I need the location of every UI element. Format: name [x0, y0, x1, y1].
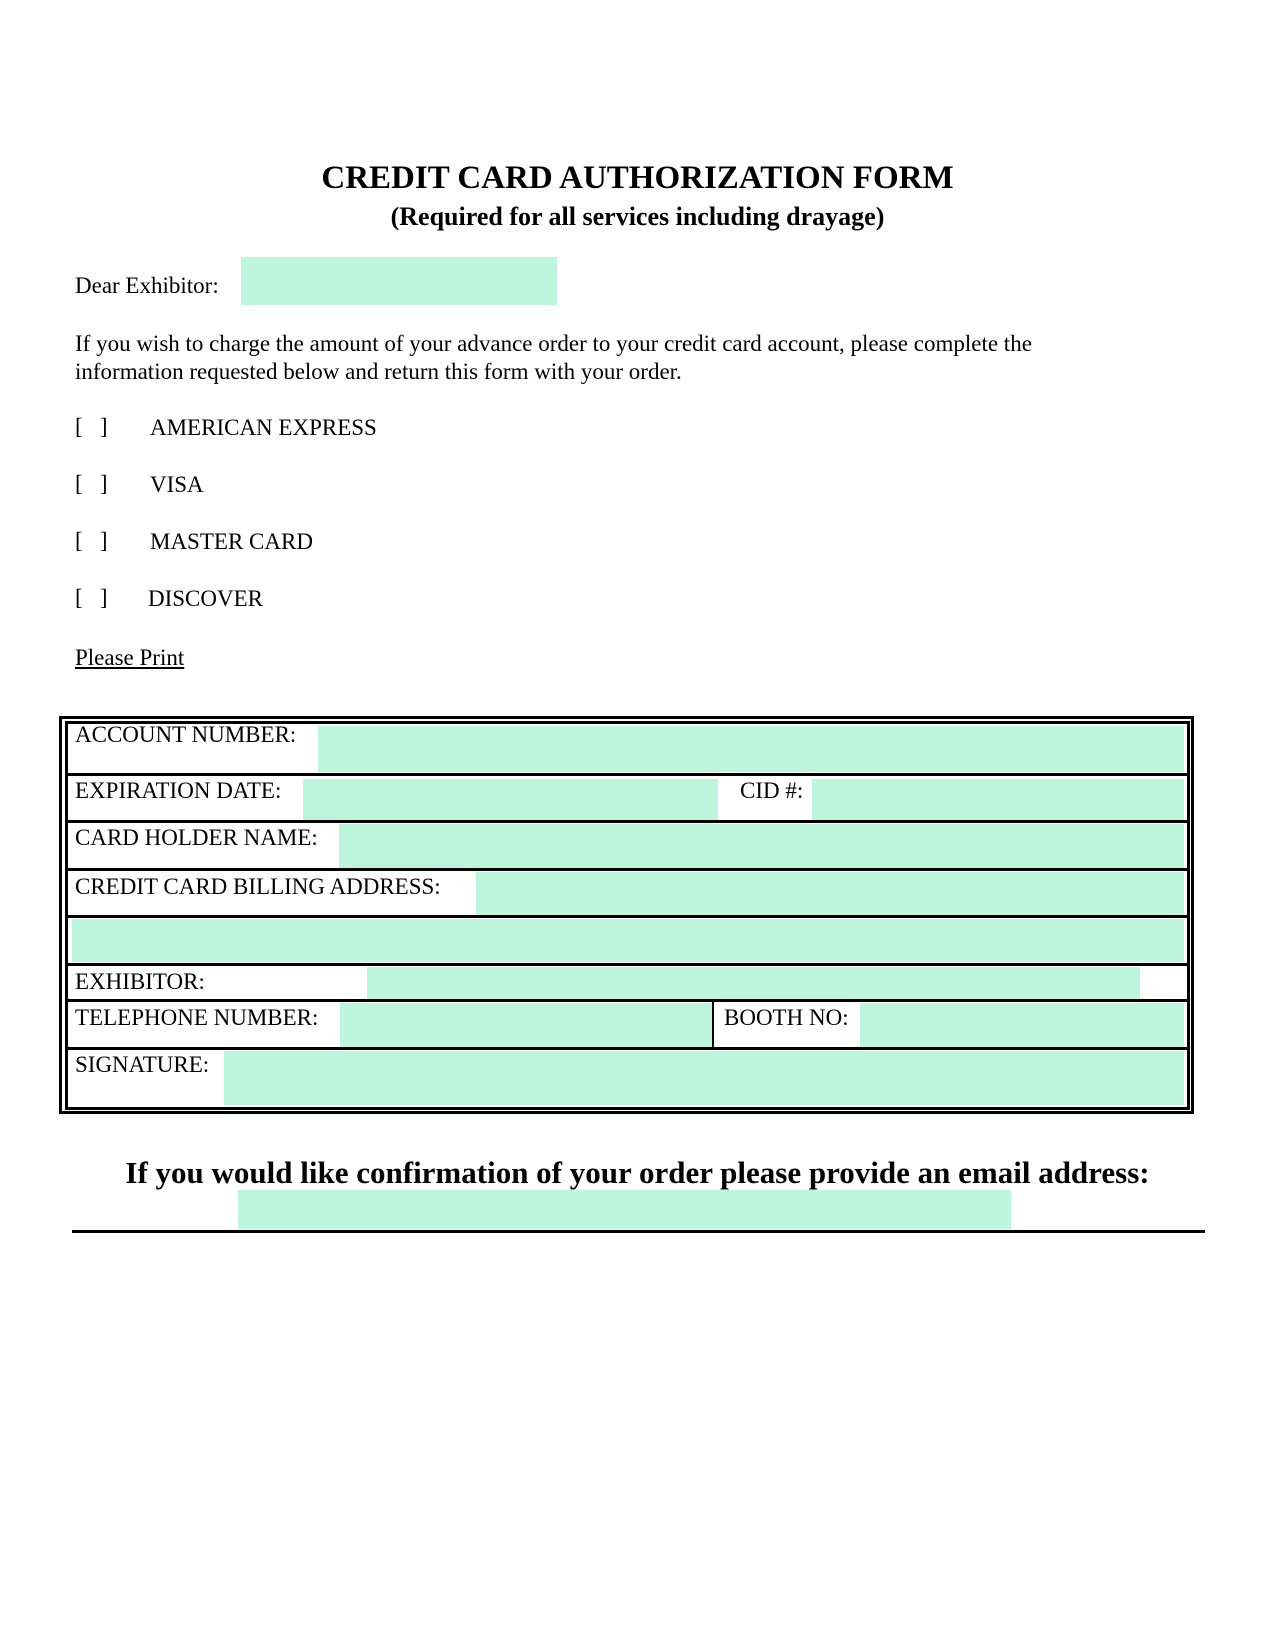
telephone-number-label: TELEPHONE NUMBER:: [75, 1005, 318, 1031]
telephone-number-field[interactable]: [340, 1003, 712, 1047]
card-holder-name-field[interactable]: [339, 824, 1184, 868]
card-option-label: VISA: [150, 471, 204, 499]
card-option-label: DISCOVER: [148, 585, 263, 613]
row-divider: [67, 999, 1188, 1002]
card-holder-name-label: CARD HOLDER NAME:: [75, 825, 318, 851]
checkbox-bracket[interactable]: [ ]: [75, 471, 108, 496]
checkbox-bracket[interactable]: [ ]: [75, 585, 108, 610]
row-divider: [67, 773, 1188, 776]
booth-no-field[interactable]: [860, 1003, 1184, 1047]
column-divider: [712, 1002, 714, 1047]
expiration-date-field[interactable]: [303, 779, 718, 820]
billing-address-label: CREDIT CARD BILLING ADDRESS:: [75, 874, 441, 900]
row-divider: [67, 868, 1188, 871]
cid-label: CID #:: [740, 778, 803, 804]
email-prompt: If you would like confirmation of your o…: [0, 1155, 1275, 1191]
form-title: CREDIT CARD AUTHORIZATION FORM: [0, 160, 1275, 196]
exhibitor-label: EXHIBITOR:: [75, 969, 205, 995]
account-number-label: ACCOUNT NUMBER:: [75, 722, 296, 748]
exhibitor-field[interactable]: [367, 967, 1140, 999]
card-option-discover[interactable]: [ ] DISCOVER: [75, 585, 108, 611]
row-divider: [67, 820, 1188, 823]
row-divider: [67, 1047, 1188, 1050]
billing-address-line-2-field[interactable]: [72, 919, 1184, 962]
signature-field[interactable]: [224, 1051, 1184, 1105]
booth-no-label: BOOTH NO:: [724, 1005, 849, 1031]
card-option-amex[interactable]: [ ] AMERICAN EXPRESS: [75, 414, 108, 440]
account-number-field[interactable]: [318, 726, 1184, 772]
please-print-label: Please Print: [75, 644, 184, 672]
card-option-visa[interactable]: [ ] VISA: [75, 471, 108, 497]
checkbox-bracket[interactable]: [ ]: [75, 414, 108, 439]
email-field[interactable]: [238, 1190, 1011, 1229]
expiration-date-label: EXPIRATION DATE:: [75, 778, 281, 804]
instructions-line-2: information requested below and return t…: [75, 358, 682, 386]
card-option-label: MASTER CARD: [150, 528, 313, 556]
row-divider: [67, 963, 1188, 966]
instructions-line-1: If you wish to charge the amount of your…: [75, 330, 1032, 358]
cid-field[interactable]: [812, 779, 1184, 820]
email-underline: [72, 1230, 1205, 1233]
signature-label: SIGNATURE:: [75, 1052, 209, 1078]
card-option-label: AMERICAN EXPRESS: [150, 414, 377, 442]
checkbox-bracket[interactable]: [ ]: [75, 528, 108, 553]
row-divider: [67, 915, 1188, 918]
card-option-mastercard[interactable]: [ ] MASTER CARD: [75, 528, 108, 554]
dear-exhibitor-field[interactable]: [241, 257, 557, 305]
billing-address-field[interactable]: [476, 872, 1184, 915]
greeting-label: Dear Exhibitor:: [75, 272, 219, 300]
form-subtitle: (Required for all services including dra…: [0, 202, 1275, 232]
